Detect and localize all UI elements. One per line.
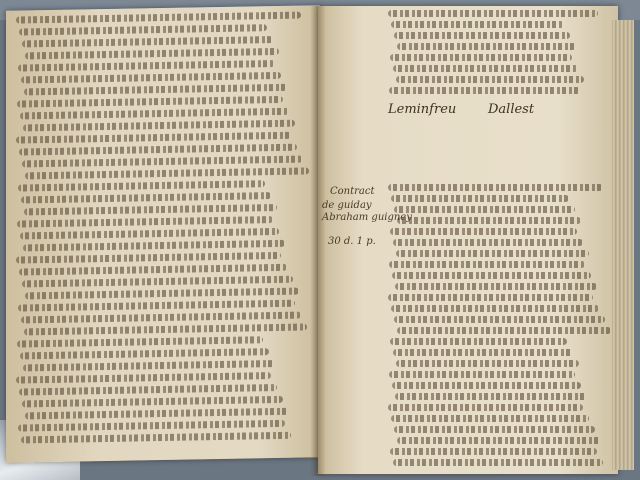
handwriting-line xyxy=(394,316,605,323)
handwriting-line xyxy=(22,276,293,288)
book-gutter xyxy=(310,6,326,476)
handwriting-line xyxy=(397,327,611,334)
handwriting-line xyxy=(21,432,291,444)
handwriting-line xyxy=(394,426,595,433)
handwriting-line xyxy=(388,10,598,17)
handwriting-line xyxy=(24,84,287,96)
handwriting-line xyxy=(25,48,279,59)
page-edges xyxy=(612,20,634,470)
margin-note-line3: 30 d. 1 p. xyxy=(328,236,376,248)
handwriting-line xyxy=(25,288,299,300)
handwriting-line xyxy=(17,96,283,108)
handwriting-line xyxy=(391,305,599,312)
handwriting-line xyxy=(22,156,303,168)
handwriting-line xyxy=(392,382,581,389)
handwriting-line xyxy=(388,294,593,301)
handwriting-line xyxy=(393,65,578,72)
handwriting-line xyxy=(390,448,597,455)
handwriting-line xyxy=(396,250,589,257)
handwriting-line xyxy=(395,283,597,290)
handwriting-line xyxy=(19,264,287,276)
handwriting-line xyxy=(390,228,577,235)
handwriting-line xyxy=(25,408,289,420)
handwriting-line xyxy=(397,217,581,224)
handwriting-line xyxy=(388,184,603,191)
handwriting-line xyxy=(21,192,271,203)
handwriting-line xyxy=(390,54,572,61)
handwriting-line xyxy=(20,108,289,120)
handwriting-line xyxy=(19,384,277,396)
handwriting-line xyxy=(16,12,301,24)
handwriting-line xyxy=(19,144,297,156)
handwriting-line xyxy=(390,338,567,345)
handwriting-line xyxy=(19,24,267,35)
signature-1: Leminfreu xyxy=(388,102,456,117)
left-page xyxy=(6,5,320,462)
handwriting-line xyxy=(396,360,579,367)
handwriting-line xyxy=(393,349,573,356)
handwriting-line xyxy=(393,459,603,466)
handwriting-line xyxy=(23,360,275,371)
handwriting-line xyxy=(21,72,281,84)
handwriting-line xyxy=(16,372,271,383)
signature-2: Dallest xyxy=(488,102,534,117)
handwriting-line xyxy=(395,393,587,400)
handwriting-line xyxy=(18,300,295,312)
right-page: Leminfreu Dallest Contract de guiday Abr… xyxy=(318,6,618,474)
handwriting-line xyxy=(397,437,601,444)
handwriting-line xyxy=(17,216,273,227)
handwriting-line xyxy=(18,180,265,191)
margin-note-heading: Contract xyxy=(330,186,375,198)
handwriting-line xyxy=(17,336,263,347)
left-page-handwriting xyxy=(6,5,320,462)
handwriting-line xyxy=(23,120,295,132)
handwriting-line xyxy=(23,240,285,252)
handwriting-line xyxy=(22,36,273,47)
handwriting-line xyxy=(392,272,591,279)
handwriting-line xyxy=(389,87,580,94)
handwriting-line xyxy=(16,132,291,144)
handwriting-line xyxy=(397,43,576,50)
handwriting-line xyxy=(391,415,589,422)
handwriting-line xyxy=(20,348,269,359)
handwriting-line xyxy=(20,228,279,240)
handwriting-line xyxy=(396,76,584,83)
handwriting-line xyxy=(21,312,301,324)
handwriting-line xyxy=(394,206,575,213)
handwriting-line xyxy=(18,60,275,71)
handwriting-line xyxy=(24,323,307,335)
handwriting-line xyxy=(18,420,285,432)
margin-note-line2: Abraham guigney xyxy=(322,212,412,224)
handwriting-line xyxy=(389,371,575,378)
handwriting-line xyxy=(391,21,564,28)
handwriting-line xyxy=(394,32,570,39)
handwriting-line xyxy=(391,195,569,202)
handwriting-line xyxy=(16,252,281,264)
handwriting-line xyxy=(393,239,583,246)
handwriting-line xyxy=(22,396,283,408)
handwriting-line xyxy=(389,261,585,268)
handwriting-line xyxy=(24,204,277,215)
handwriting-line xyxy=(388,404,583,411)
margin-note-line1: de guiday xyxy=(322,200,372,212)
handwriting-line xyxy=(25,167,309,179)
